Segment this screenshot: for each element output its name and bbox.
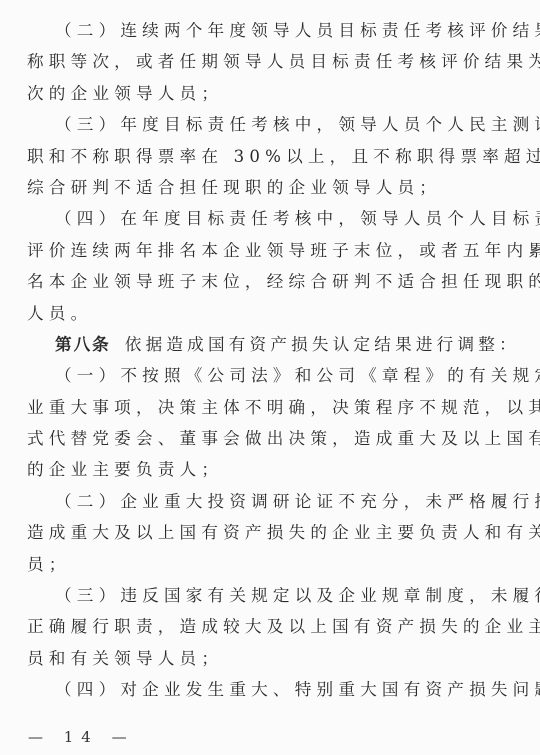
text-line: （一）不按照《公司法》和公司《章程》的有关规定决策企 [27,360,482,391]
text-line: 职和不称职得票率在 30%以上，且不称职得票率超过 15%，经 [27,141,482,172]
text-line: 式代替党委会、董事会做出决策，造成重大及以上国有资产损失 [27,423,482,454]
text-line: 的企业主要负责人； [27,454,482,485]
text-line: 人员。 [27,298,482,329]
article-text: 依据造成国有资产损失认定结果进行调整： [125,335,520,354]
paragraph-item-2: （二）连续两个年度领导人员目标责任考核评价结果未达到 称职等次，或者任期领导人员… [27,15,482,109]
text-line: （三）年度目标责任考核中，领导人员个人民主测评基本称 [27,109,482,140]
text-line: （四）在年度目标责任考核中，领导人员个人目标责任考核 [27,203,482,234]
paragraph-item-4: （四）在年度目标责任考核中，领导人员个人目标责任考核 评价连续两年排名本企业领导… [27,203,482,329]
text-line: 称职等次，或者任期领导人员目标责任考核评价结果为不称职等 [27,46,482,77]
article8-item-1: （一）不按照《公司法》和公司《章程》的有关规定决策企 业重大事项，决策主体不明确… [27,360,482,486]
text-line: 名本企业领导班子末位，经综合研判不适合担任现职的企业领导 [27,266,482,297]
text-line: （三）违反国家有关规定以及企业规章制度，未履行或者未 [27,580,482,611]
text-line: 业重大事项，决策主体不明确，决策程序不规范，以其它会议形 [27,392,482,423]
text-line: 次的企业领导人员； [27,78,482,109]
text-line: 造成重大及以上国有资产损失的企业主要负责人和有关领导人 [27,517,482,548]
text-line: 评价连续两年排名本企业领导班子末位，或者五年内累计三次排 [27,235,482,266]
text-line: （二）连续两个年度领导人员目标责任考核评价结果未达到 [27,15,482,46]
page-number: — 14 — [28,728,135,746]
text-line: 员； [27,549,482,580]
text-line: 员和有关领导人员； [27,643,482,674]
text-line: 正确履行职责，造成较大及以上国有资产损失的企业主要领导人 [27,611,482,642]
article-label: 第八条 [55,334,111,354]
text-line: （四）对企业发生重大、特别重大国有资产损失问题制止不 [27,674,482,705]
text-line: （二）企业重大投资调研论证不充分，未严格履行报批程序， [27,486,482,517]
document-page: （二）连续两个年度领导人员目标责任考核评价结果未达到 称职等次，或者任期领导人员… [27,15,482,706]
article8-item-4: （四）对企业发生重大、特别重大国有资产损失问题制止不 [27,674,482,705]
article8-item-3: （三）违反国家有关规定以及企业规章制度，未履行或者未 正确履行职责，造成较大及以… [27,580,482,674]
text-line: 综合研判不适合担任现职的企业领导人员； [27,172,482,203]
article8-item-2: （二）企业重大投资调研论证不充分，未严格履行报批程序， 造成重大及以上国有资产损… [27,486,482,580]
article-heading: 第八条依据造成国有资产损失认定结果进行调整： [27,329,482,360]
paragraph-item-3: （三）年度目标责任考核中，领导人员个人民主测评基本称 职和不称职得票率在 30%… [27,109,482,203]
